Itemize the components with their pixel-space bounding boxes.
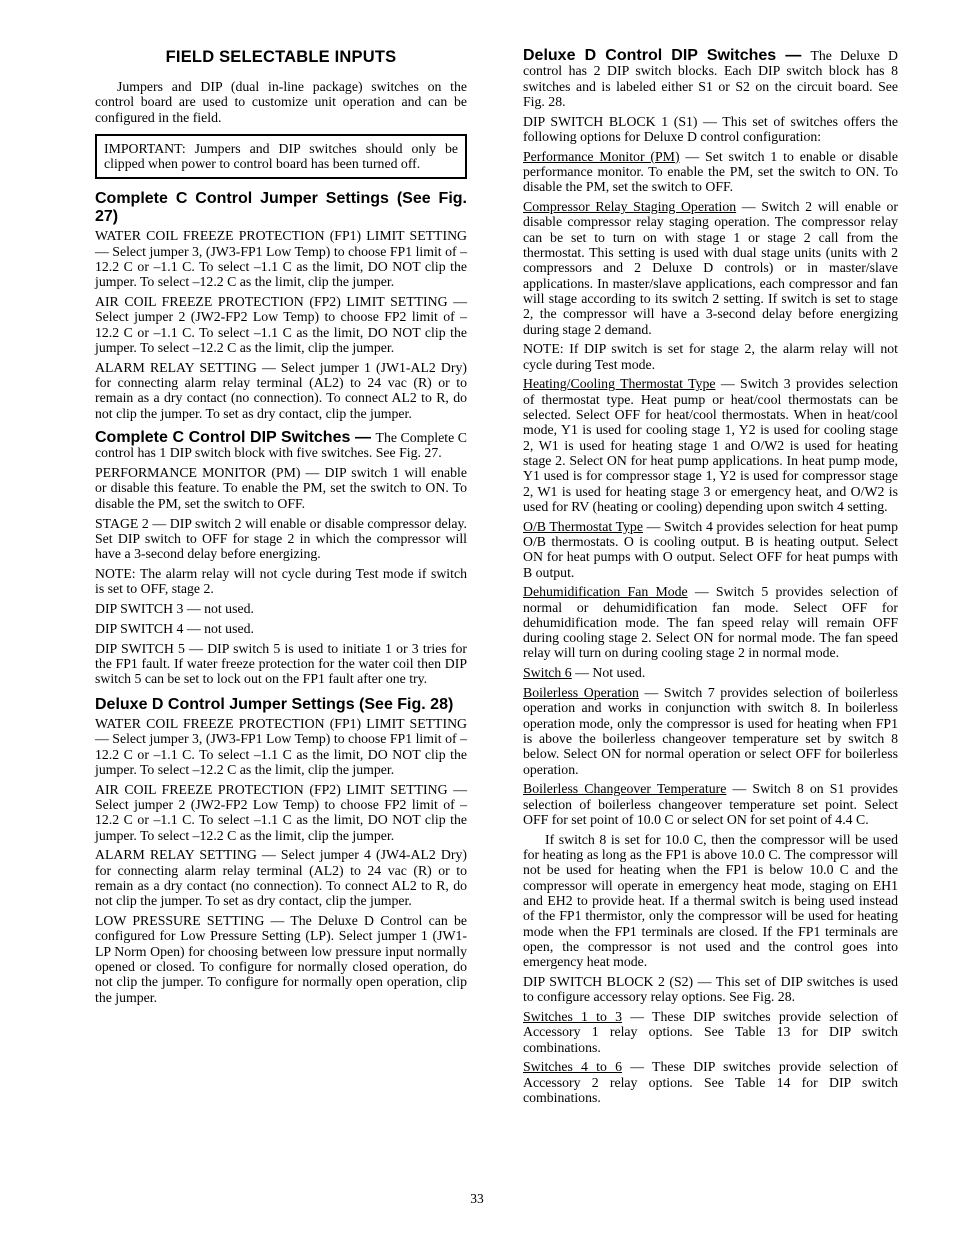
para-low-pressure-setting: LOW PRESSURE SETTING — The Deluxe D Cont… — [95, 913, 467, 1005]
lead-heating-cooling-thermostat-type: Heating/Cooling Thermostat Type — [523, 376, 715, 391]
para-deluxe-alarm-relay-setting: ALARM RELAY SETTING — Select jumper 4 (J… — [95, 847, 467, 908]
lead-boilerless-operation: Boilerless Operation — [523, 685, 639, 700]
body-switch-6: — Not used. — [572, 665, 646, 680]
para-boilerless-operation: Boilerless Operation — Switch 7 provides… — [523, 685, 898, 777]
right-column: Deluxe D Control DIP Switches — The Delu… — [523, 48, 898, 1110]
para-performance-monitor: PERFORMANCE MONITOR (PM) — DIP switch 1 … — [95, 465, 467, 511]
lead-boilerless-changeover-temperature: Boilerless Changeover Temperature — [523, 781, 726, 796]
important-note-text: IMPORTANT: Jumpers and DIP switches shou… — [104, 141, 458, 171]
lead-compressor-relay-staging: Compressor Relay Staging Operation — [523, 199, 736, 214]
para-dip-switch-block-1: DIP SWITCH BLOCK 1 (S1) — This set of sw… — [523, 114, 898, 145]
lead-performance-monitor: Performance Monitor (PM) — [523, 149, 680, 164]
lead-switches-4-to-6: Switches 4 to 6 — [523, 1059, 622, 1074]
heading-deluxe-d-jumper-settings: Deluxe D Control Jumper Settings (See Fi… — [95, 696, 467, 714]
para-note-alarm-relay: NOTE: The alarm relay will not cycle dur… — [95, 566, 467, 597]
para-air-coil-freeze-fp2: AIR COIL FREEZE PROTECTION (FP2) LIMIT S… — [95, 294, 467, 355]
para-performance-monitor-s1: Performance Monitor (PM) — Set switch 1 … — [523, 149, 898, 195]
heading-complete-c-jumper-settings: Complete C Control Jumper Settings (See … — [95, 190, 467, 225]
para-note-stage-2: NOTE: If DIP switch is set for stage 2, … — [523, 341, 898, 372]
para-stage-2: STAGE 2 — DIP switch 2 will enable or di… — [95, 516, 467, 562]
para-switch-6: Switch 6 — Not used. — [523, 665, 898, 680]
para-dip-switch-5: DIP SWITCH 5 — DIP switch 5 is used to i… — [95, 641, 467, 687]
lead-switch-6: Switch 6 — [523, 665, 572, 680]
para-alarm-relay-setting: ALARM RELAY SETTING — Select jumper 1 (J… — [95, 360, 467, 421]
para-changeover-detail: If switch 8 is set for 10.0 C, then the … — [523, 832, 898, 970]
para-compressor-relay-staging: Compressor Relay Staging Operation — Swi… — [523, 199, 898, 337]
section-complete-c-dip-switches: Complete C Control DIP Switches — The Co… — [95, 430, 467, 461]
lead-switches-1-to-3: Switches 1 to 3 — [523, 1009, 622, 1024]
page-number: 33 — [0, 1191, 954, 1207]
para-dip-switch-3: DIP SWITCH 3 — not used. — [95, 601, 467, 616]
lead-ob-thermostat-type: O/B Thermostat Type — [523, 519, 643, 534]
para-ob-thermostat-type: O/B Thermostat Type — Switch 4 provides … — [523, 519, 898, 580]
body-heating-cooling-thermostat-type: — Switch 3 provides selection of thermos… — [523, 376, 898, 513]
para-heating-cooling-thermostat-type: Heating/Cooling Thermostat Type — Switch… — [523, 376, 898, 514]
heading-deluxe-d-dip-switches: Deluxe D Control DIP Switches — — [523, 47, 810, 64]
para-dip-switch-block-2: DIP SWITCH BLOCK 2 (S2) — This set of DI… — [523, 974, 898, 1005]
two-column-layout: FIELD SELECTABLE INPUTS Jumpers and DIP … — [95, 48, 898, 1110]
lead-dehumidification-fan-mode: Dehumidification Fan Mode — [523, 584, 688, 599]
para-deluxe-water-coil-freeze-fp1: WATER COIL FREEZE PROTECTION (FP1) LIMIT… — [95, 716, 467, 777]
page-title: FIELD SELECTABLE INPUTS — [95, 48, 467, 67]
section-deluxe-d-dip-switches: Deluxe D Control DIP Switches — The Delu… — [523, 48, 898, 109]
heading-complete-c-dip-switches: Complete C Control DIP Switches — — [95, 429, 376, 446]
important-note-box: IMPORTANT: Jumpers and DIP switches shou… — [95, 134, 467, 180]
body-compressor-relay-staging: — Switch 2 will enable or disable compre… — [523, 199, 898, 336]
para-switches-4-to-6: Switches 4 to 6 — These DIP switches pro… — [523, 1059, 898, 1105]
para-dip-switch-4: DIP SWITCH 4 — not used. — [95, 621, 467, 636]
intro-paragraph: Jumpers and DIP (dual in-line package) s… — [95, 79, 467, 125]
para-boilerless-changeover-temperature: Boilerless Changeover Temperature — Swit… — [523, 781, 898, 827]
para-deluxe-air-coil-freeze-fp2: AIR COIL FREEZE PROTECTION (FP2) LIMIT S… — [95, 782, 467, 843]
para-water-coil-freeze-fp1: WATER COIL FREEZE PROTECTION (FP1) LIMIT… — [95, 228, 467, 289]
para-switches-1-to-3: Switches 1 to 3 — These DIP switches pro… — [523, 1009, 898, 1055]
para-dehumidification-fan-mode: Dehumidification Fan Mode — Switch 5 pro… — [523, 584, 898, 660]
left-column: FIELD SELECTABLE INPUTS Jumpers and DIP … — [95, 48, 467, 1110]
document-page: FIELD SELECTABLE INPUTS Jumpers and DIP … — [0, 0, 954, 1235]
